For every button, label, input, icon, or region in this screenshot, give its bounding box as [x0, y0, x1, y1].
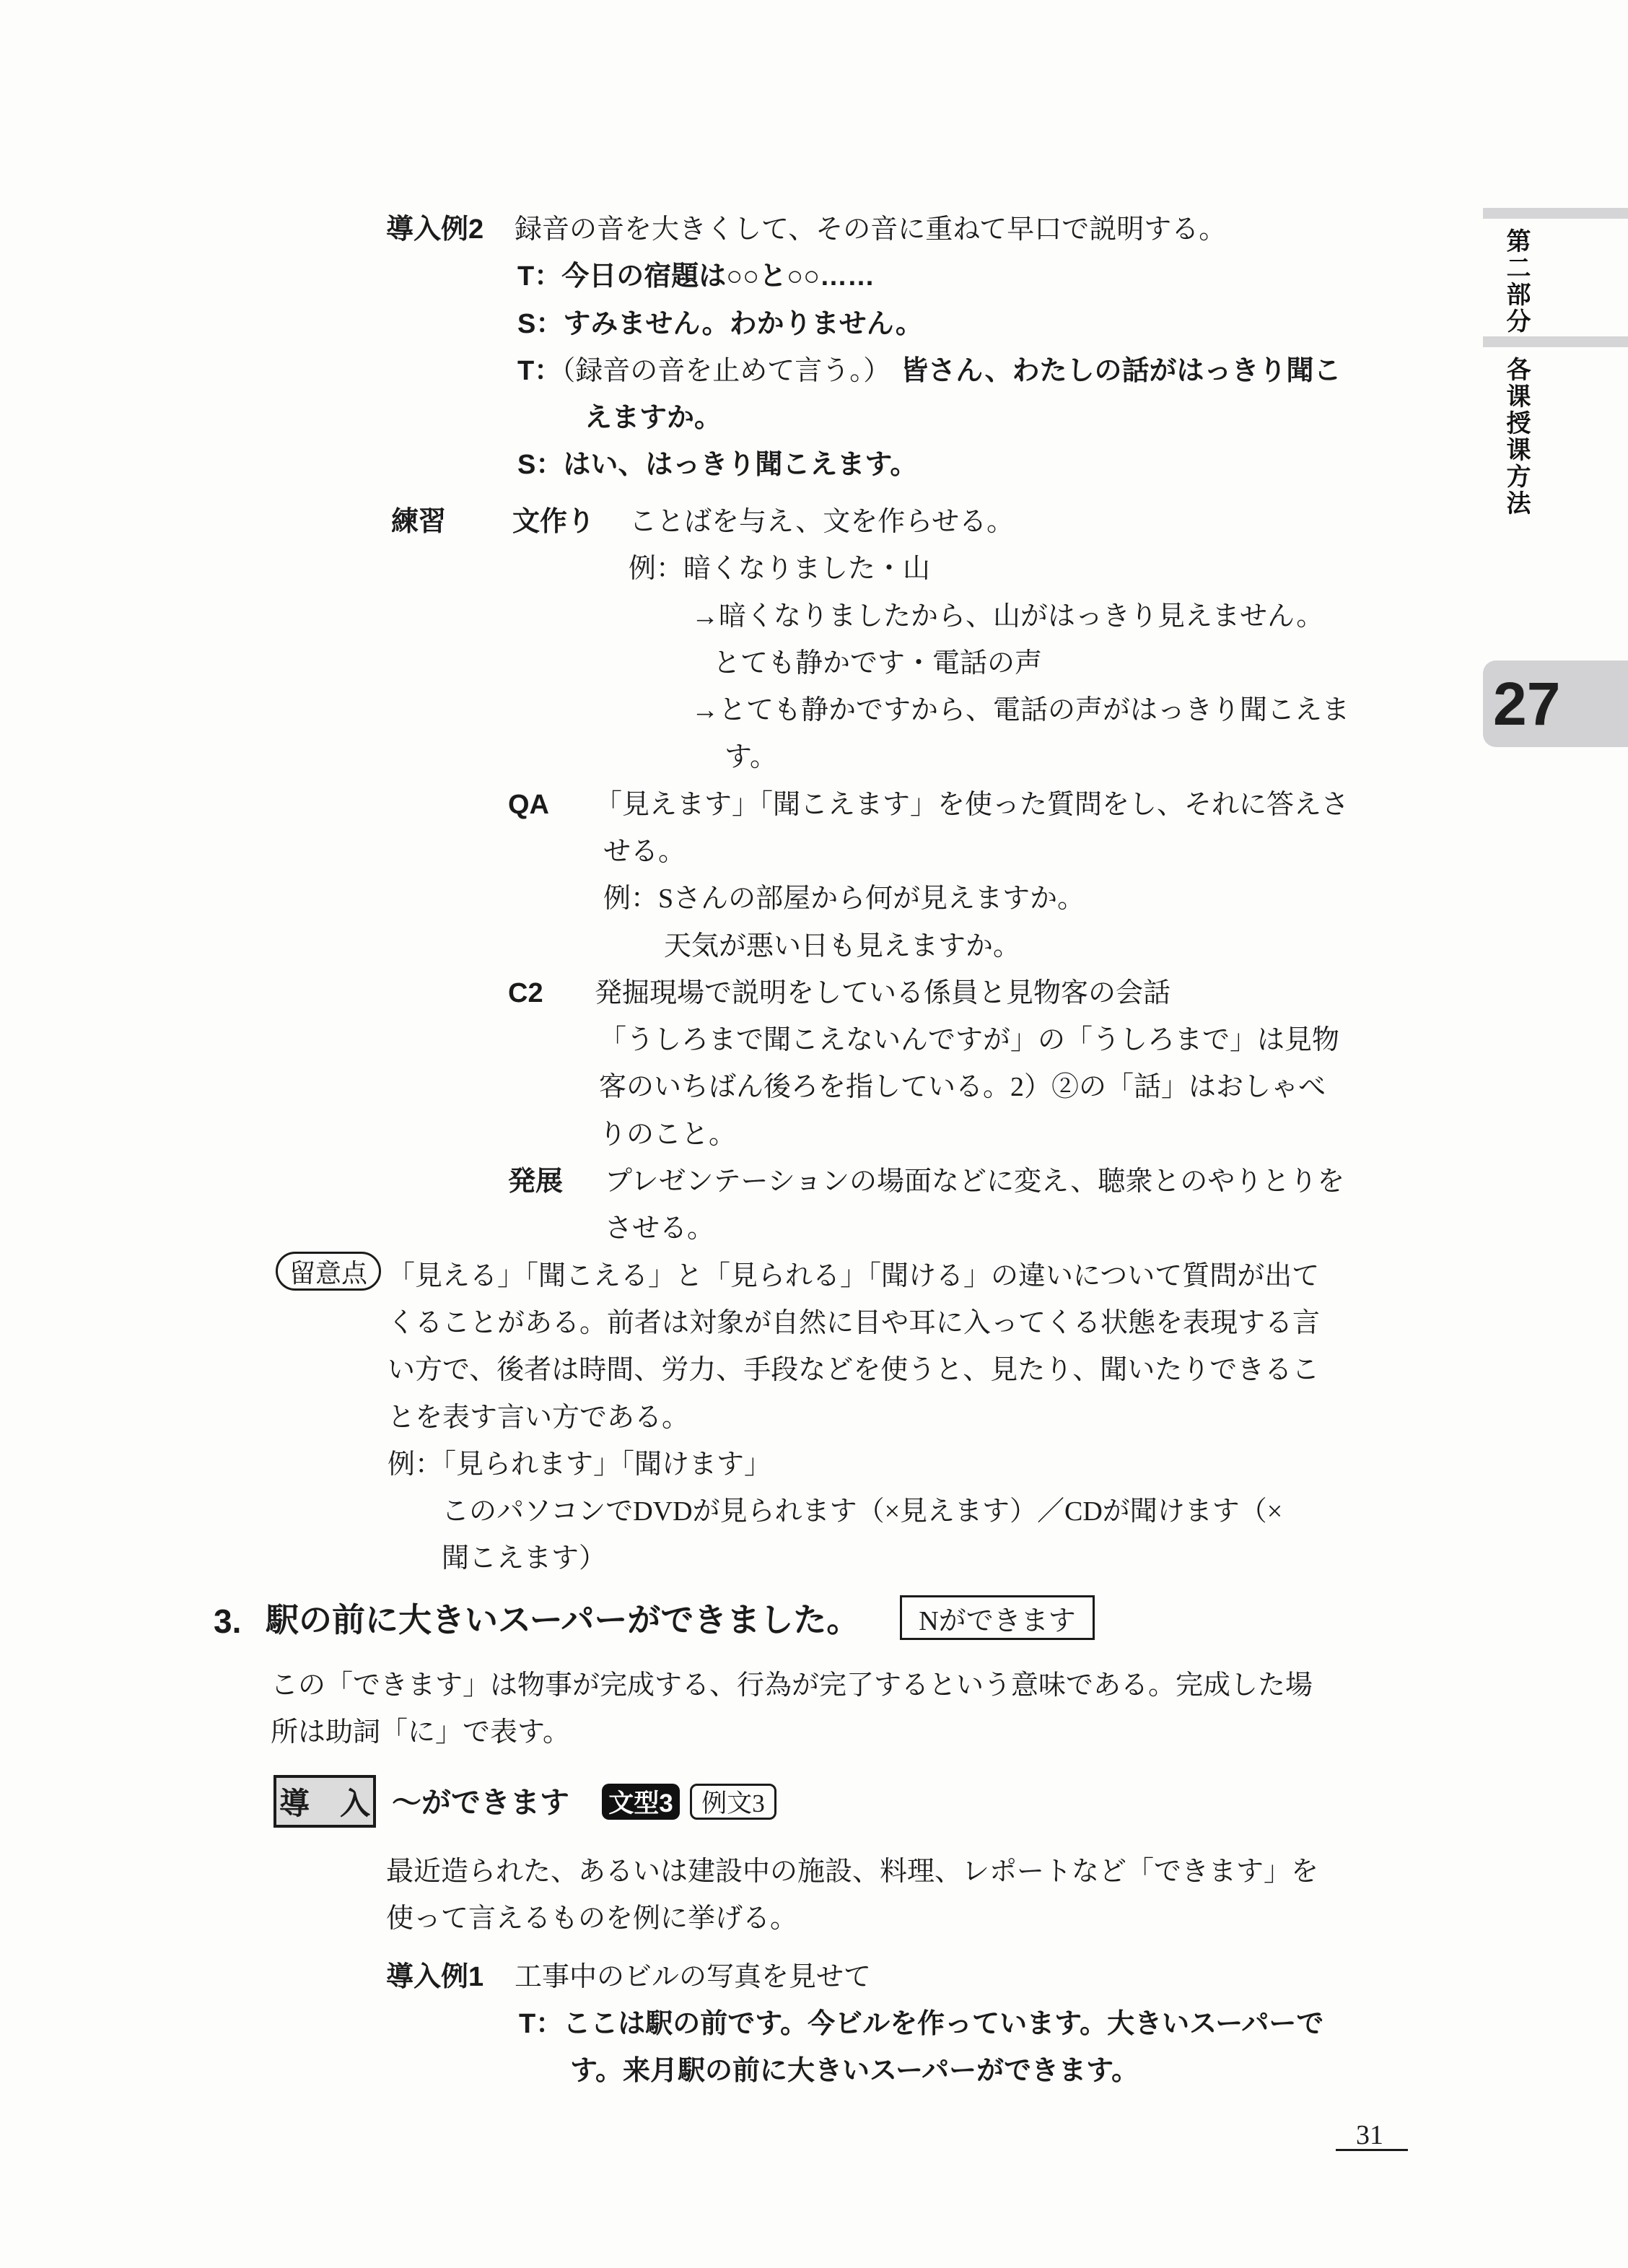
- qa-example-2: 天気が悪い日も見えますか。: [664, 930, 1020, 963]
- page-number-rule: [1336, 2149, 1408, 2151]
- speaker-t: T：: [517, 261, 561, 292]
- practice-example-2-wrap: す。: [725, 741, 777, 774]
- intro2-dialogue-3: T：（録音の音を止めて言う。）皆さん、わたしの話がはっきり聞こ: [517, 355, 1342, 388]
- intro1-desc: 工事中のビルの写真を見せて: [515, 1961, 871, 1994]
- note-line-4: とを表す言い方である。: [388, 1402, 689, 1434]
- donyu-box-label: 導 入: [279, 1780, 370, 1823]
- development-line-1: プレゼンテーションの場面などに変え、聴衆とのやりとりを: [605, 1166, 1344, 1198]
- practice-example-2-answer: →とても静かですから、電話の声がはっきり聞こえま: [691, 694, 1349, 727]
- note-line-6: このパソコンでDVDが見られます（×見えます）／CDが聞けます（×: [442, 1496, 1282, 1528]
- intro2-dialogue-1: T：今日の宿題は○○と○○……: [517, 261, 875, 293]
- page-number: 31: [1356, 2119, 1383, 2151]
- dialogue-text: 皆さん、わたしの話がはっきり聞こ: [901, 356, 1341, 386]
- intro2-label: 導入例2: [386, 214, 483, 246]
- section3-pattern-box: Nができます: [900, 1595, 1095, 1640]
- intro2-dialogue-2: S：すみません。わかりません。: [517, 308, 923, 341]
- intro1-dialogue-1-wrap: す。来月駅の前に大きいスーパーができます。: [570, 2055, 1139, 2088]
- intro1-label: 導入例1: [386, 1961, 483, 1994]
- sidebar-divider-top: [1483, 208, 1628, 219]
- dialogue-text: ここは駅の前です。今ビルを作っています。大きいスーパーで: [563, 2009, 1323, 2039]
- donyu-line-1: 最近造られた、あるいは建設中の施設、料理、レポートなど「できます」を: [386, 1856, 1318, 1888]
- note-line-5: 例：「見られます」「聞けます」: [388, 1449, 771, 1481]
- practice-sub1-label: 文作り: [512, 506, 595, 538]
- qa-label: QA: [508, 789, 549, 821]
- dialogue-text: 今日の宿題は○○と○○……: [561, 261, 875, 292]
- stage-direction: （録音の音を止めて言う。）: [561, 356, 890, 386]
- practice-example-1-answer: →暗くなりましたから、山がはっきり見えません。: [691, 601, 1323, 633]
- note-line-3: い方で、後者は時間、労力、手段などを使うと、見たり、聞いたりできるこ: [388, 1354, 1319, 1387]
- qa-line-2: せる。: [603, 836, 686, 868]
- section3-number: 3.: [214, 1602, 241, 1641]
- sidebar-section-label: 各课授课方法: [1504, 357, 1528, 517]
- sidebar-part-label: 第二部分: [1504, 228, 1528, 335]
- dialogue-text: すみません。わかりません。: [563, 309, 923, 339]
- intro2-dialogue-4: S：はい、はっきり聞こえます。: [517, 449, 917, 481]
- note-line-7: 聞こえます）: [442, 1543, 606, 1575]
- chapter-tab: 27: [1483, 660, 1628, 747]
- speaker-s: S：: [517, 450, 563, 480]
- donyu-box: 導 入: [273, 1775, 376, 1828]
- speaker-s: S：: [517, 309, 563, 339]
- sidebar-divider-bottom: [1483, 336, 1628, 347]
- section3-paragraph-2: 所は助詞「に」で表す。: [271, 1717, 570, 1749]
- c2-line-1: 発掘現場で説明をしている係員と見物客の会話: [595, 977, 1170, 1010]
- development-line-2: させる。: [605, 1213, 714, 1245]
- speaker-t: T：: [519, 2009, 563, 2039]
- section3-title: 駅の前に大きいスーパーができました。: [266, 1600, 859, 1639]
- donyu-title: 〜ができます: [392, 1788, 569, 1818]
- practice-label: 練習: [391, 506, 446, 538]
- c2-line-3: 客のいちばん後ろを指している。2）②の「話」はおしゃべ: [599, 1071, 1326, 1104]
- practice-example-1: 例：暗くなりました・山: [629, 553, 930, 585]
- speaker-t: T：: [517, 356, 561, 386]
- c2-line-2: 「うしろまで聞こえないんですが」の「うしろまで」は見物: [599, 1024, 1339, 1057]
- qa-example-1: 例：Sさんの部屋から何が見えますか。: [603, 883, 1085, 915]
- dialogue-text: はい、はっきり聞こえます。: [563, 450, 917, 480]
- book-page: 第二部分 各课授课方法 27 導入例2 録音の音を大きくして、その音に重ねて早口…: [0, 0, 1628, 2268]
- intro2-dialogue-3-wrap: えますか。: [585, 402, 722, 435]
- donyu-line-2: 使って言えるものを例に挙げる。: [386, 1903, 797, 1935]
- pattern-box-label: Nができます: [919, 1598, 1075, 1638]
- bunkei-badge-label: 文型3: [608, 1784, 673, 1820]
- c2-line-4: りのこと。: [599, 1119, 736, 1151]
- intro2-desc: 録音の音を大きくして、その音に重ねて早口で説明する。: [515, 214, 1226, 246]
- practice-sub1-desc: ことばを与え、文を作らせる。: [629, 506, 1014, 538]
- note-badge-label: 留意点: [289, 1253, 367, 1290]
- qa-line-1: 「見えます」「聞こえます」を使った質問をし、それに答えさ: [595, 789, 1349, 821]
- bunkei-badge: 文型3: [602, 1784, 680, 1820]
- reibun-badge: 例文3: [690, 1784, 776, 1820]
- practice-example-2: とても静かです・電話の声: [713, 647, 1042, 680]
- note-badge: 留意点: [276, 1252, 381, 1291]
- section3-paragraph-1: この「できます」は物事が完成する、行為が完了するという意味である。完成した場: [271, 1670, 1313, 1702]
- c2-label: C2: [508, 977, 543, 1010]
- chapter-number: 27: [1483, 673, 1560, 734]
- reibun-badge-label: 例文3: [701, 1784, 765, 1820]
- intro1-dialogue-1: T：ここは駅の前です。今ビルを作っています。大きいスーパーで: [519, 2008, 1323, 2041]
- note-line-1: 「見える」「聞こえる」と「見られる」「聞ける」の違いについて質問が出て: [388, 1260, 1319, 1293]
- note-line-2: くることがある。前者は対象が自然に目や耳に入ってくる状態を表現する言: [388, 1307, 1320, 1340]
- development-label: 発展: [508, 1166, 563, 1198]
